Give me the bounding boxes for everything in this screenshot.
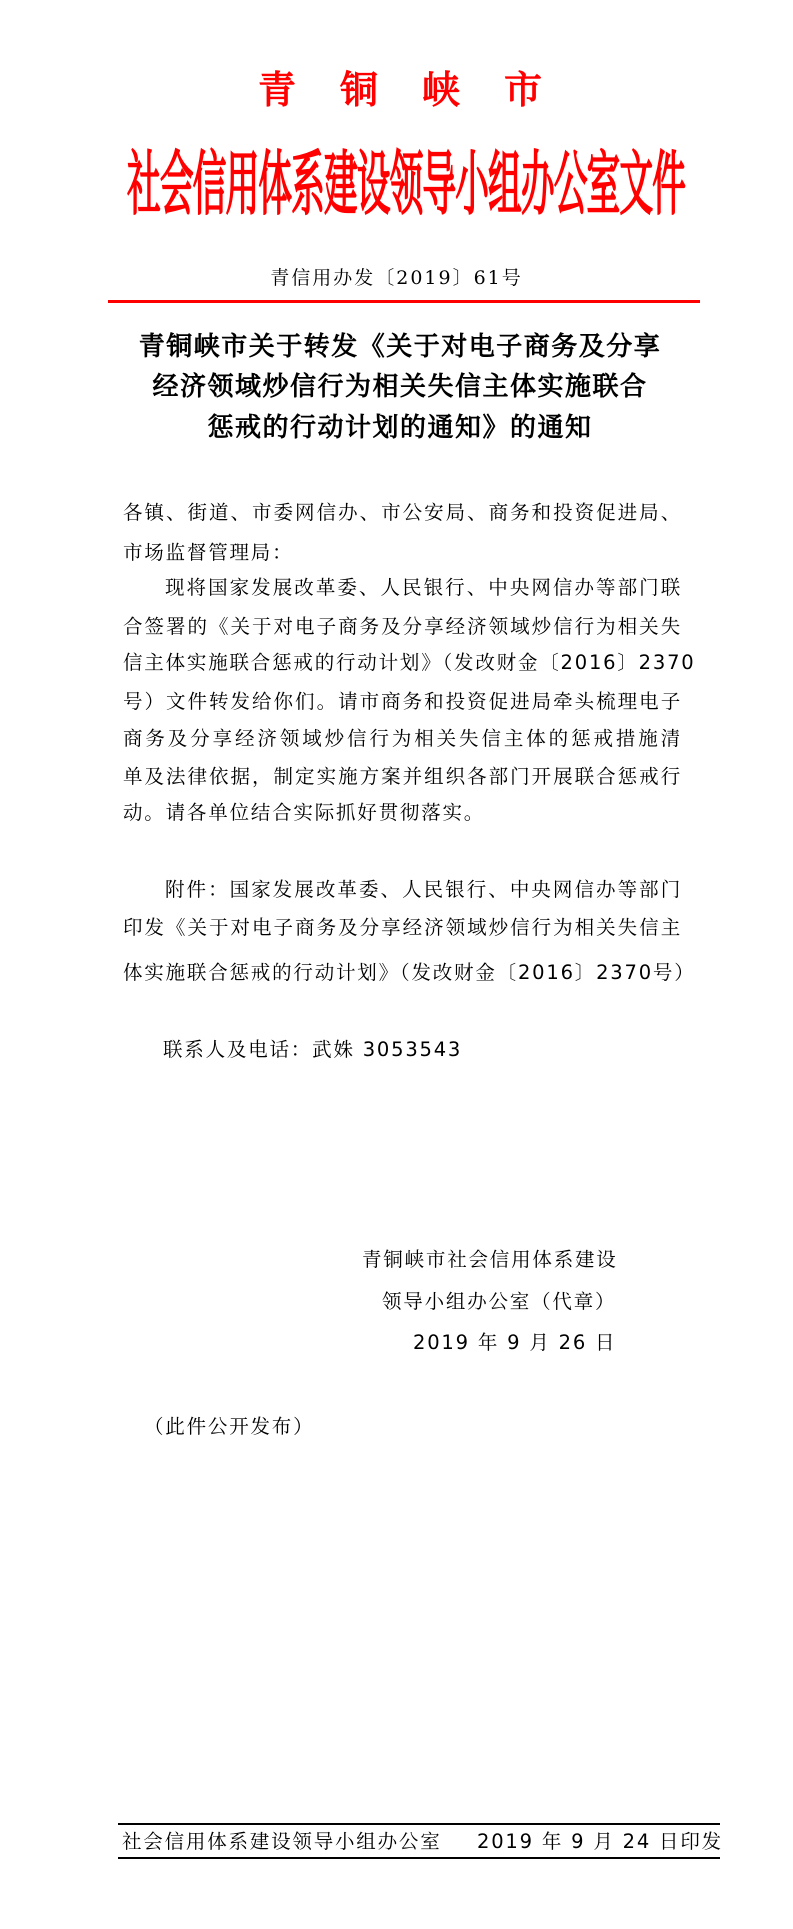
- salutation-line-2: 市场监督管理局：: [123, 540, 682, 566]
- footer-issuer: 社会信用体系建设领导小组办公室: [122, 1829, 442, 1855]
- header-city: 青铜峡市: [0, 66, 793, 114]
- body-line-3: 信主体实施联合惩戒的行动计划》（发改财金〔2016〕2370: [123, 650, 682, 676]
- public-notice: （此件公开发布）: [144, 1414, 314, 1440]
- doc-number: 青信用办发〔2019〕61号: [0, 265, 793, 291]
- document-title-line-3: 惩戒的行动计划的通知》的通知: [0, 411, 793, 445]
- body-line-4: 号）文件转发给你们。请市商务和投资促进局牵头梳理电子: [123, 689, 682, 715]
- signature-org-line-2: 领导小组办公室（代章）: [382, 1289, 616, 1315]
- issuer-title: 社会信用体系建设领导小组办公室文件: [127, 146, 685, 222]
- body-line-7: 动。请各单位结合实际抓好贯彻落实。: [123, 800, 682, 826]
- red-divider: [108, 300, 700, 303]
- attachment-line-3: 体实施联合惩戒的行动计划》（发改财金〔2016〕2370号）: [123, 960, 682, 986]
- footer-top-rule: [118, 1823, 720, 1825]
- body-line-1: 现将国家发展改革委、人民银行、中央网信办等部门联: [165, 575, 682, 601]
- attachment-line-2: 印发《关于对电子商务及分享经济领域炒信行为相关失信主: [123, 915, 682, 941]
- body-line-5: 商务及分享经济领域炒信行为相关失信主体的惩戒措施清: [123, 726, 682, 752]
- footer-bottom-rule: [118, 1857, 720, 1859]
- document-title-line-1: 青铜峡市关于转发《关于对电子商务及分享: [0, 330, 793, 364]
- contact-info: 联系人及电话：武姝 3053543: [163, 1037, 462, 1063]
- attachment-line-1: 附件：国家发展改革委、人民银行、中央网信办等部门: [165, 877, 682, 903]
- signature-date: 2019 年 9 月 26 日: [413, 1330, 616, 1356]
- issuer-title-container: 社会信用体系建设领导小组办公室文件: [127, 146, 685, 222]
- body-line-6: 单及法律依据，制定实施方案并组织各部门开展联合惩戒行: [123, 764, 682, 790]
- salutation-line-1: 各镇、街道、市委网信办、市公安局、商务和投资促进局、: [123, 500, 682, 526]
- body-line-2: 合签署的《关于对电子商务及分享经济领域炒信行为相关失: [123, 614, 682, 640]
- footer-print-date: 2019 年 9 月 24 日印发: [477, 1829, 723, 1855]
- document-title-line-2: 经济领域炒信行为相关失信主体实施联合: [0, 370, 793, 404]
- signature-org-line-1: 青铜峡市社会信用体系建设: [362, 1247, 618, 1273]
